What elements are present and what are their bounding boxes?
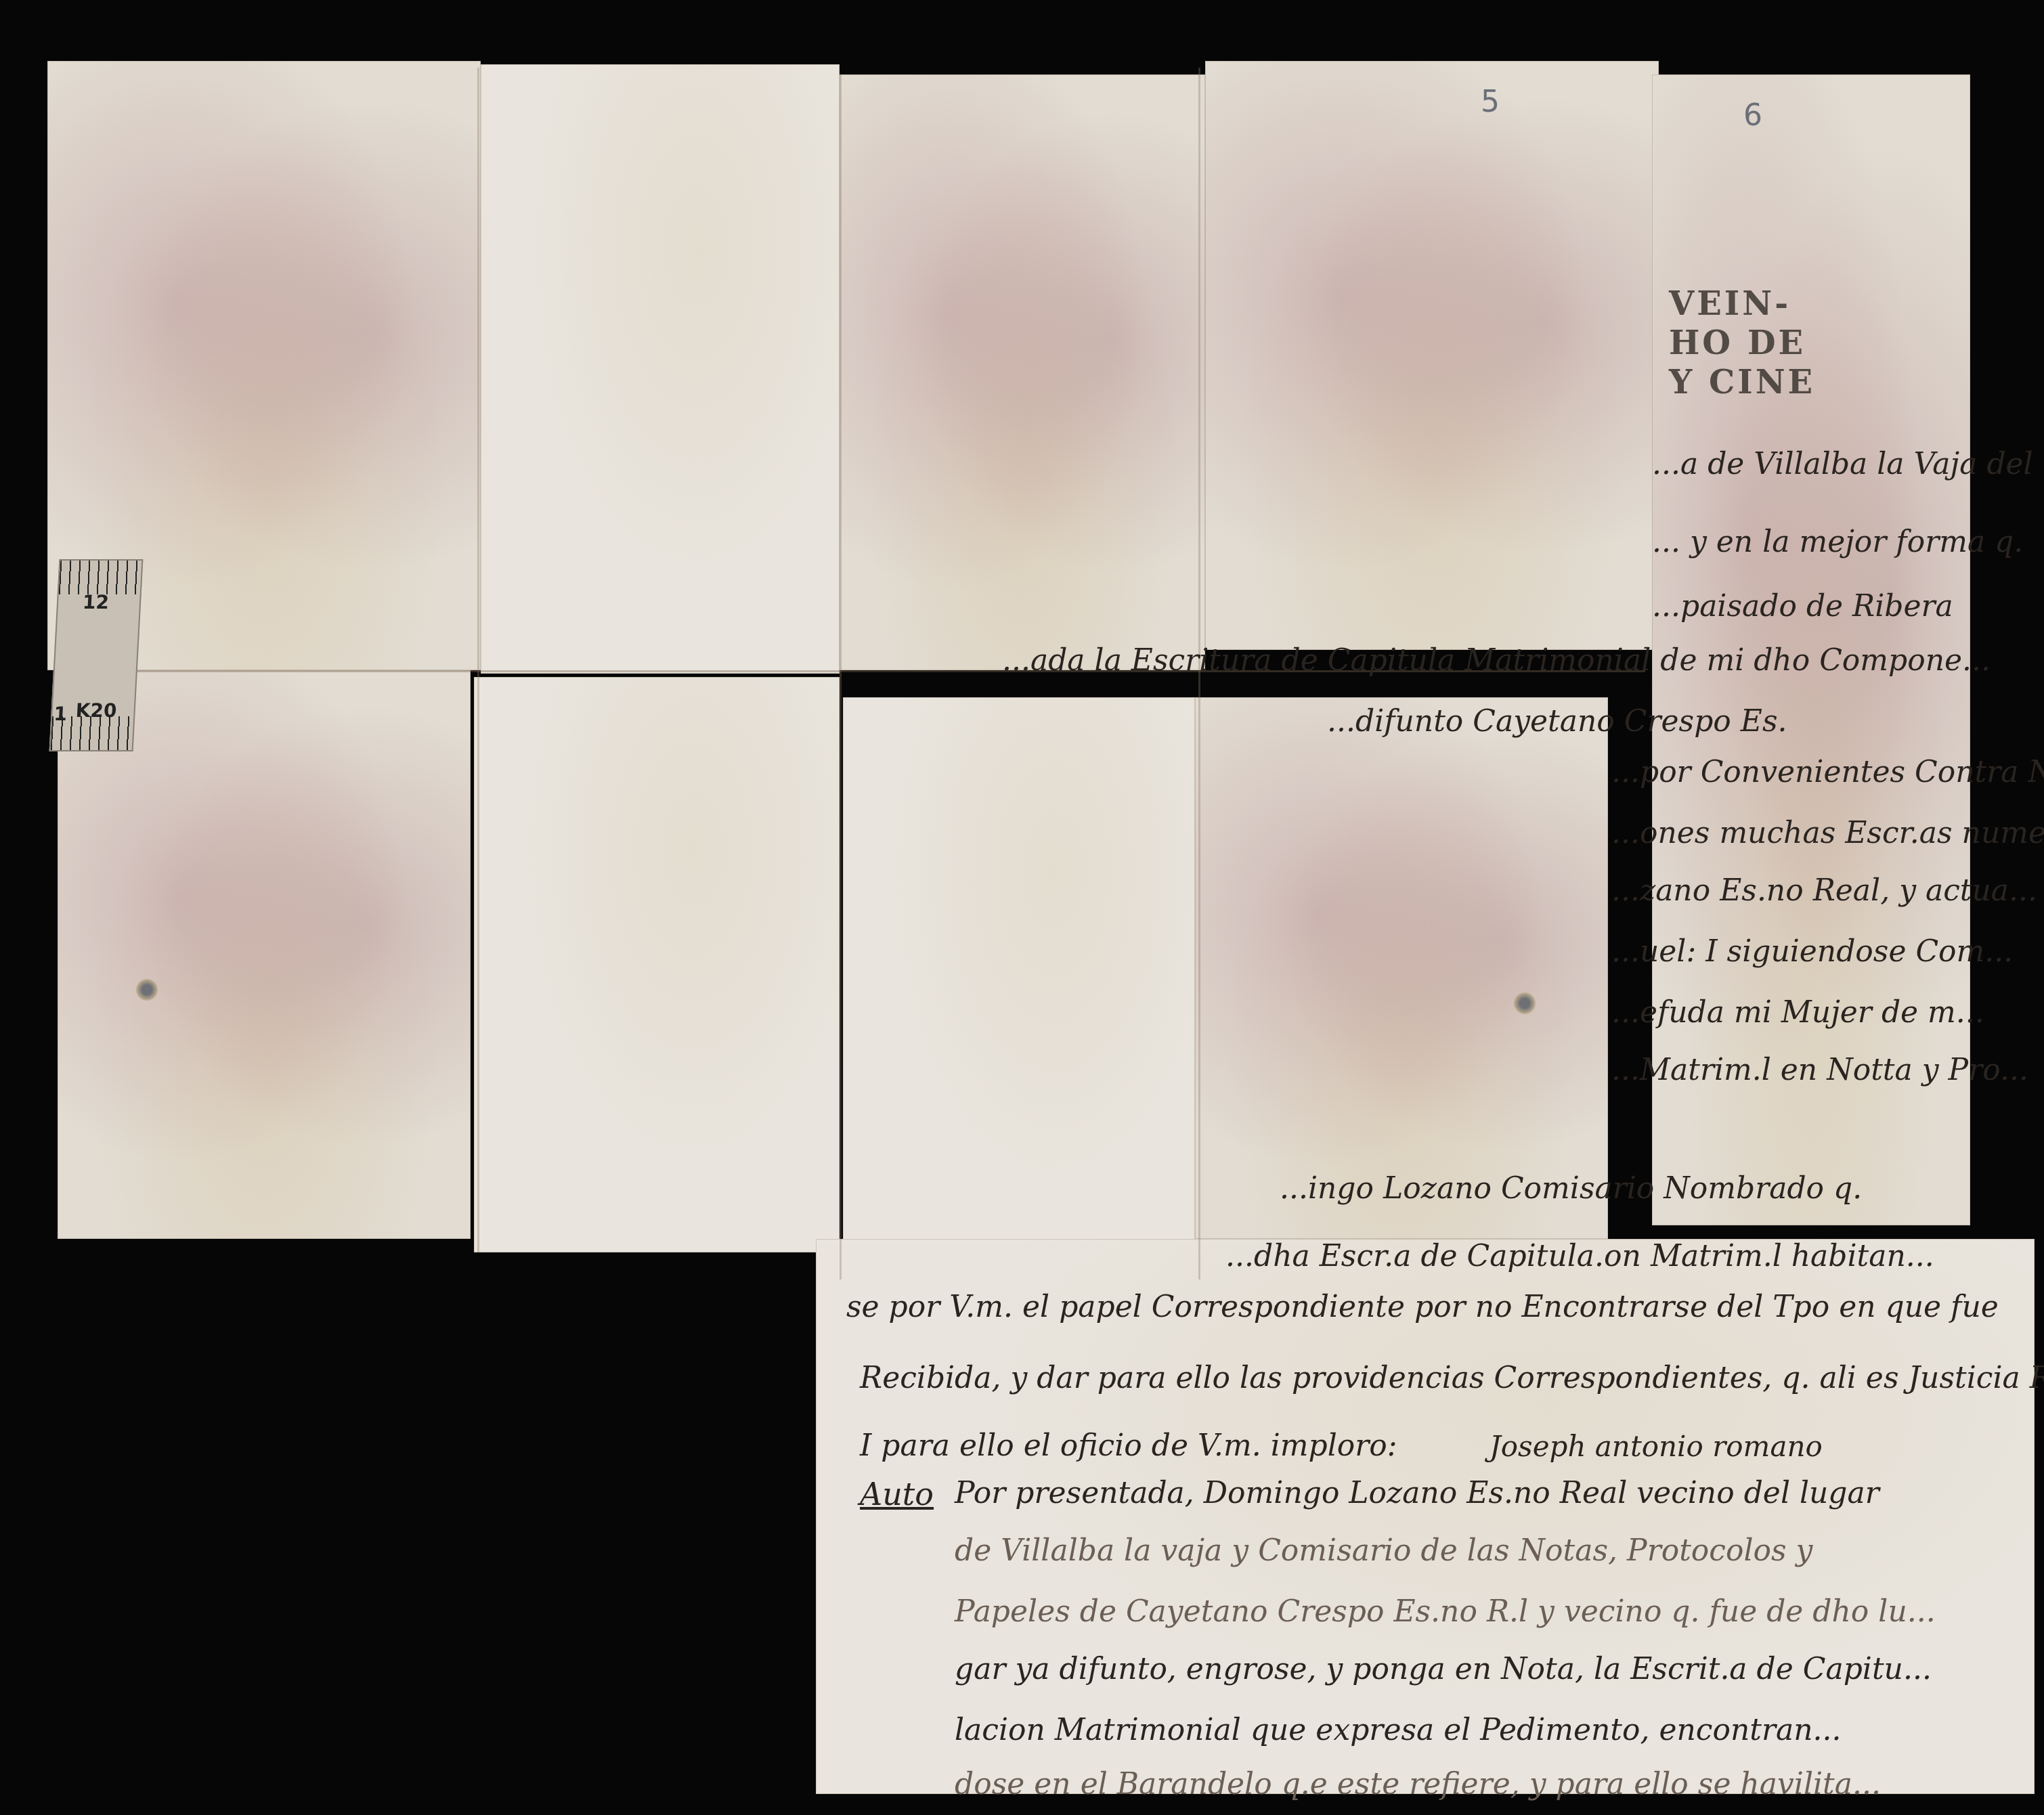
text-line: I para ello el oficio de V.m. imploro:: [860, 1428, 1397, 1463]
text-line: Recibida, y dar para ello las providenci…: [860, 1361, 2044, 1395]
tax-stamp: VEIN- HO DE Y CINE: [1669, 284, 1815, 402]
stamp-line: HO DE: [1669, 324, 1815, 363]
bottom-left-panel: [58, 670, 471, 1239]
text-line: ...difunto Cayetano Crespo Es.: [1327, 704, 1787, 739]
bottom-center-panel: [843, 697, 1195, 1273]
fold-line: [840, 74, 842, 1280]
text-line: Papeles de Cayetano Crespo Es.no R.l y v…: [955, 1594, 1936, 1629]
text-line: se por V.m. el papel Correspondiente por…: [846, 1290, 1999, 1324]
top-center-panel: [840, 74, 1205, 670]
text-line: dose en el Barandelo q.e este refiere, y…: [955, 1767, 1881, 1801]
measurement-ruler: 12 K20 1: [49, 559, 144, 751]
text-line: gar ya difunto, engrose, y ponga en Nota…: [955, 1652, 1932, 1686]
top-center-left-panel: [481, 64, 840, 674]
text-line: lacion Matrimonial que expresa el Pedime…: [955, 1713, 1842, 1747]
stamp-line: Y CINE: [1669, 363, 1815, 402]
leaf-number-6: 6: [1743, 98, 1762, 133]
text-line: ...zano Es.no Real, y actua...: [1611, 873, 2037, 908]
text-line: ... y en la mejor forma q.: [1652, 525, 2023, 559]
leaf-number-5: 5: [1481, 85, 1500, 119]
text-line: ...ada la Escritura de Capitula Matrimon…: [1002, 643, 1991, 678]
text-line: ...dha Escr.a de Capitula.on Matrim.l ha…: [1225, 1239, 1934, 1273]
paper-hole: [1513, 992, 1536, 1015]
text-line: ...Matrim.l en Notta y Pro...: [1611, 1053, 2028, 1087]
bottom-right-panel: [1195, 697, 1608, 1239]
text-line: ...por Convenientes Contra Notto: [1611, 755, 2044, 789]
fold-line: [477, 68, 479, 1252]
text-line: ...uel: I siguiendose Com...: [1611, 934, 2013, 969]
text-line: ...efuda mi Mujer de m...: [1611, 995, 1984, 1030]
text-line: ...ones muchas Escr.as numer...: [1611, 816, 2044, 850]
top-right-panel: [1205, 61, 1659, 650]
ruler-ticks: [59, 561, 142, 594]
text-line: Por presentada, Domingo Lozano Es.no Rea…: [955, 1476, 1879, 1510]
paper-hole: [135, 978, 158, 1001]
signature: Joseph antonio romano: [1489, 1430, 1823, 1463]
margin-label-auto: Auto: [860, 1476, 934, 1512]
stamp-line: VEIN-: [1669, 284, 1815, 324]
text-line: de Villalba la vaja y Comisario de las N…: [955, 1533, 1812, 1568]
text-line: ...ingo Lozano Comisario Nombrado q.: [1280, 1171, 1862, 1206]
text-line: ...paisado de Ribera: [1652, 589, 1953, 624]
ruler-ticks: [51, 716, 134, 750]
bottom-center-left-panel: [474, 677, 840, 1252]
text-line: ...a de Villalba la Vaja del: [1652, 447, 2033, 481]
